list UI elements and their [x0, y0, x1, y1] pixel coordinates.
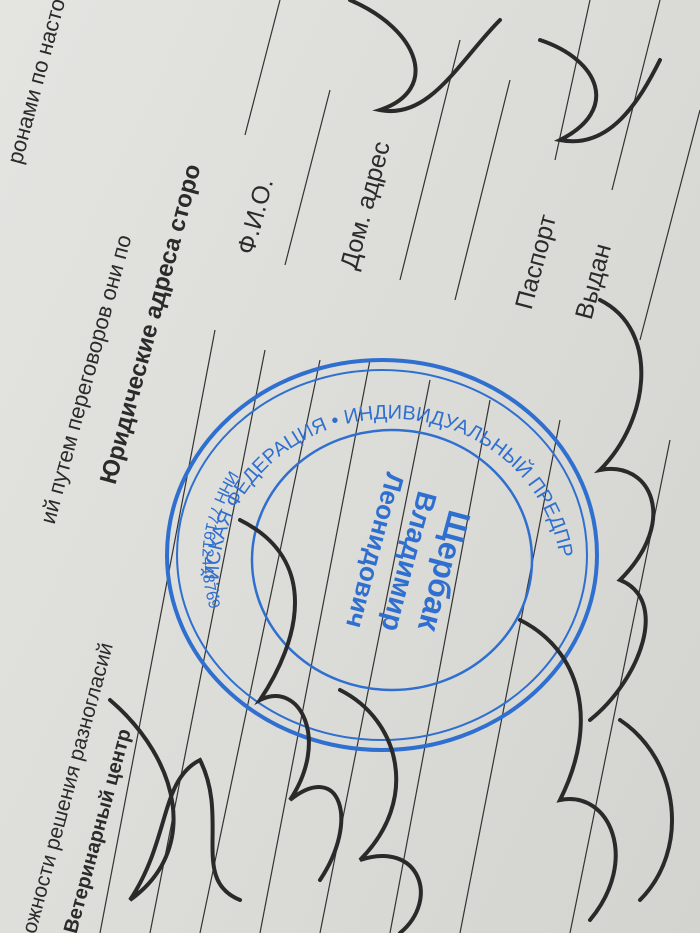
document-page: ронами по насто ий путем переговоров они…: [0, 0, 700, 933]
handwriting-signatures: [0, 0, 700, 933]
